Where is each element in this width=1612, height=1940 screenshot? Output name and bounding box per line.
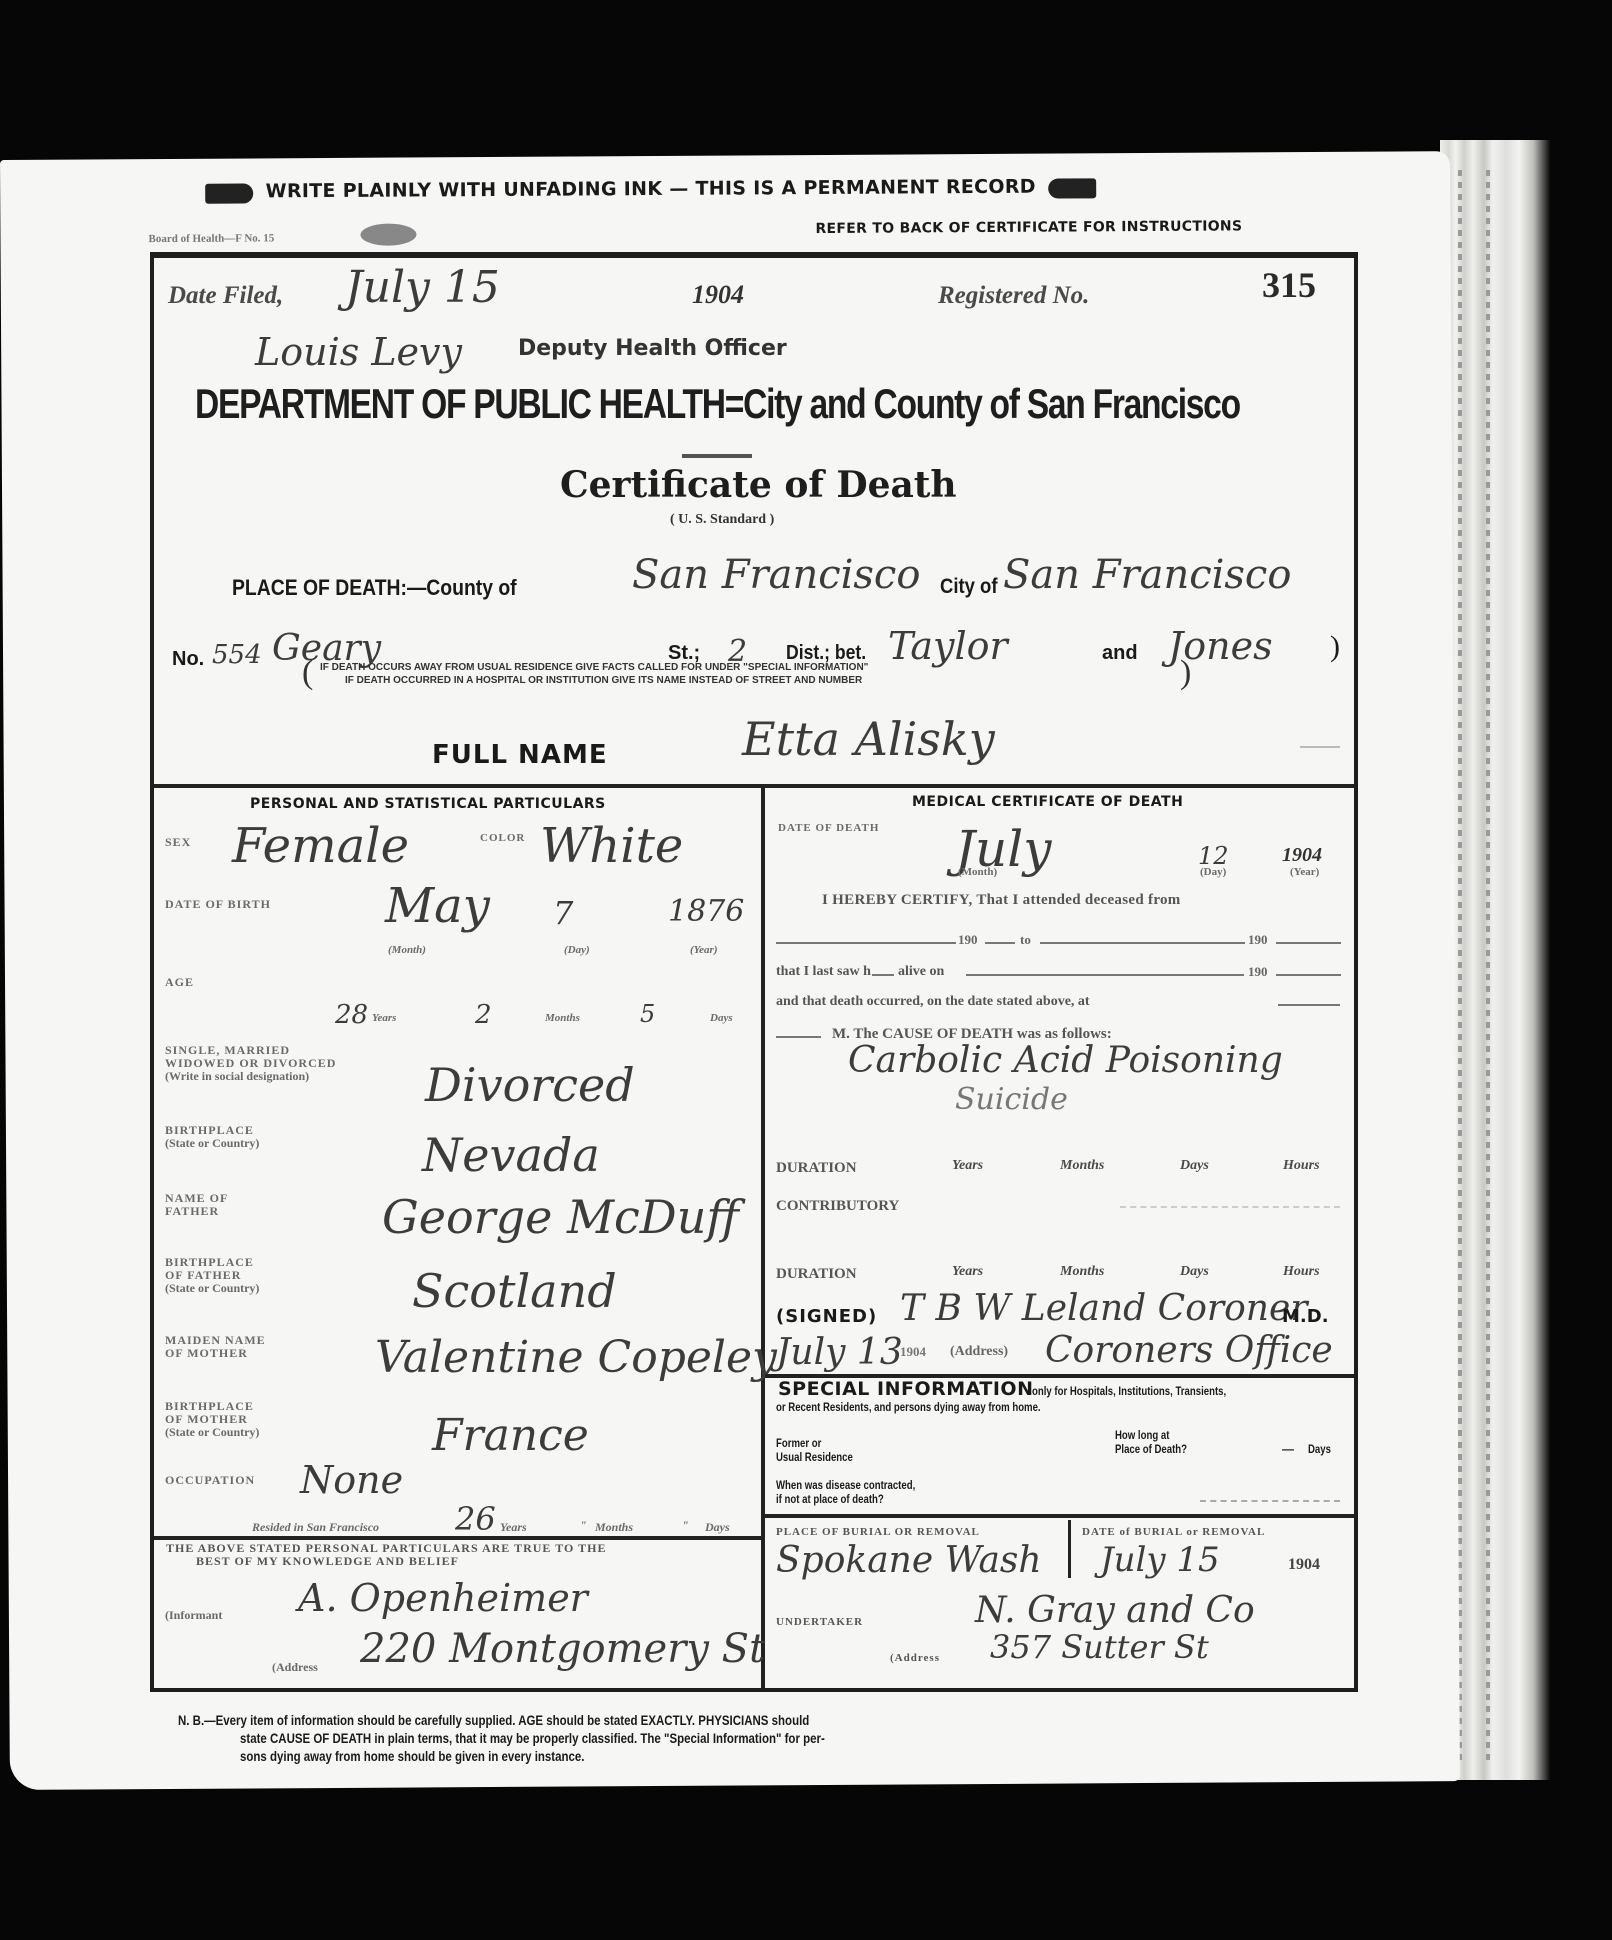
certify-text: I HEREBY CERTIFY, That I attended deceas… [822, 892, 1181, 909]
informant-address-label: (Address [272, 1660, 318, 1675]
to-label: to [1020, 932, 1031, 948]
alive-on-text: alive on [898, 964, 944, 980]
resided-months-caption: Months [595, 1520, 633, 1535]
physician-signature: T B W Leland Coroner [900, 1288, 1307, 1329]
note-hospital: IF DEATH OCCURRED IN A HOSPITAL OR INSTI… [345, 675, 862, 686]
occupation-value: None [300, 1458, 403, 1502]
title-divider [682, 454, 752, 458]
registered-label: Registered No. [938, 282, 1089, 310]
dob-month: May [385, 878, 490, 934]
age-years: 28 [335, 1000, 368, 1030]
banner: WRITE PLAINLY WITH UNFADING INK — THIS I… [205, 174, 1305, 203]
how-long-days-label: Days [1308, 1442, 1331, 1456]
former-residence-label-2: Usual Residence [776, 1450, 853, 1464]
printer-seal-icon [360, 223, 416, 245]
cause-of-death-secondary: Suicide [955, 1082, 1068, 1117]
close-paren: ) [1330, 630, 1340, 664]
instructions-note: REFER TO BACK OF CERTIFICATE FOR INSTRUC… [815, 218, 1242, 237]
duration-days: Days [1180, 1158, 1209, 1174]
dod-month-caption: (Month) [958, 866, 997, 878]
how-long-label-1: How long at [1115, 1428, 1169, 1442]
undertaker-address-value: 357 Sutter St [990, 1628, 1209, 1666]
birthplace-value: Nevada [422, 1128, 600, 1182]
burial-divider [1068, 1520, 1071, 1578]
age-days-caption: Days [710, 1012, 733, 1024]
how-long-value: — [1282, 1442, 1294, 1456]
date-filed-year: 1904 [692, 280, 744, 310]
section-rule [154, 784, 1354, 788]
sex-value: Female [232, 818, 409, 874]
officer-title: Deputy Health Officer [518, 336, 787, 361]
date-filed-value: July 15 [345, 262, 500, 313]
contrib-duration-months: Months [1060, 1264, 1104, 1280]
us-standard-label: ( U. S. Standard ) [670, 512, 774, 528]
informant-label: (Informant [165, 1608, 222, 1623]
note-close-paren: ) [1180, 654, 1191, 692]
mother-label-2: OF MOTHER [165, 1347, 248, 1360]
dob-day-caption: (Day) [564, 944, 590, 956]
contracted-label-1: When was disease contracted, [776, 1478, 915, 1492]
footnote-line-2: state CAUSE OF DEATH in plain terms, tha… [240, 1730, 825, 1746]
color-label: COLOR [480, 832, 525, 845]
age-days: 5 [640, 1000, 655, 1028]
attest-line-2: BEST OF MY KNOWLEDGE AND BELIEF [196, 1555, 459, 1568]
officer-signature: Louis Levy [255, 330, 462, 374]
former-residence-label-1: Former or [776, 1436, 821, 1450]
marital-value: Divorced [425, 1058, 635, 1112]
contrib-duration-hours: Hours [1283, 1264, 1320, 1280]
special-heading: SPECIAL INFORMATION [778, 1378, 1033, 1400]
burial-year: 1904 [1288, 1556, 1320, 1574]
resided-days-caption: Days [705, 1520, 730, 1535]
footnote-line-1: N. B.—Every item of information should b… [178, 1712, 809, 1728]
dod-year: 1904 [1282, 844, 1322, 867]
footnote-line-3: sons dying away from home should be give… [240, 1748, 584, 1764]
city-value: San Francisco [1003, 552, 1291, 598]
banner-text: WRITE PLAINLY WITH UNFADING INK — THIS I… [266, 176, 1036, 203]
signed-label: (SIGNED) [776, 1306, 877, 1327]
form-number: Board of Health—F No. 15 [148, 232, 274, 245]
sex-label: SEX [165, 836, 191, 849]
age-months-caption: Months [545, 1012, 580, 1024]
informant-address-value: 220 Montgomery St [360, 1626, 765, 1672]
to-year-prefix: 190 [1248, 932, 1268, 948]
informant-value: A. Openheimer [298, 1576, 588, 1620]
contributory-duration-label: DURATION [776, 1266, 857, 1283]
birthplace-label-2: (State or Country) [165, 1137, 259, 1150]
death-occurred-text: and that death occurred, on the date sta… [776, 994, 1090, 1010]
city-label: City of [940, 575, 997, 599]
column-divider [761, 788, 765, 1688]
contributory-label: CONTRIBUTORY [776, 1198, 899, 1215]
undertaker-label: UNDERTAKER [776, 1616, 863, 1629]
burial-place-value: Spokane Wash [776, 1540, 1042, 1581]
burial-date-label: DATE of BURIAL or REMOVAL [1082, 1526, 1265, 1539]
cause-of-death-primary: Carbolic Acid Poisoning [848, 1040, 1283, 1081]
resided-label: Resided in San Francisco [252, 1520, 379, 1535]
full-name-value: Etta Alisky [742, 712, 995, 766]
duration-months: Months [1060, 1158, 1104, 1174]
dod-year-caption: (Year) [1290, 866, 1319, 878]
street-no-label: No. [172, 648, 204, 671]
md-label: M.D. [1282, 1306, 1329, 1327]
color-value: White [540, 818, 683, 874]
mother-value: Valentine Copeley [375, 1332, 777, 1383]
dob-label: DATE OF BIRTH [165, 898, 271, 911]
duration-years: Years [952, 1158, 983, 1174]
last-saw-text: that I last saw h [776, 964, 871, 980]
resided-months-value: " [580, 1518, 587, 1533]
duration-hours: Hours [1283, 1158, 1320, 1174]
age-label: AGE [165, 976, 194, 989]
undertaker-value: N. Gray and Co [975, 1590, 1255, 1631]
between-street-1: Taylor [888, 624, 1008, 668]
special-note-2: or Recent Residents, and persons dying a… [776, 1400, 1041, 1414]
burial-date-value: July 15 [1100, 1540, 1220, 1580]
marital-label-3: (Write in social designation) [165, 1070, 309, 1083]
resided-years: 26 [455, 1500, 496, 1538]
registered-number: 315 [1262, 264, 1316, 306]
dob-month-caption: (Month) [388, 944, 426, 956]
contrib-duration-days: Days [1180, 1264, 1209, 1280]
street-number-value: 554 [212, 640, 262, 670]
mother-birthplace-value: France [432, 1410, 589, 1461]
personal-heading: PERSONAL AND STATISTICAL PARTICULARS [250, 796, 606, 812]
attest-rule [154, 1536, 762, 1540]
department-title: DEPARTMENT OF PUBLIC HEALTH=City and Cou… [195, 380, 1240, 428]
age-years-caption: Years [372, 1012, 396, 1024]
dod-day-caption: (Day) [1200, 866, 1226, 878]
father-label-2: FATHER [165, 1205, 219, 1218]
age-months: 2 [475, 1000, 492, 1030]
alive-year-prefix: 190 [1248, 964, 1268, 980]
dod-label: DATE OF DEATH [778, 822, 879, 835]
pointing-hand-icon [1048, 178, 1096, 198]
medical-heading: MEDICAL CERTIFICATE OF DEATH [912, 794, 1183, 810]
and-label: and [1102, 642, 1138, 665]
mother-bp-label-3: (State or Country) [165, 1426, 259, 1439]
note-away-from-residence: IF DEATH OCCURS AWAY FROM USUAL RESIDENC… [320, 662, 868, 673]
dob-year-caption: (Year) [690, 944, 718, 956]
physician-address: Coroners Office [1045, 1330, 1333, 1371]
county-value: San Francisco [632, 552, 920, 598]
certificate-title: Certificate of Death [560, 464, 957, 506]
duration-label: DURATION [776, 1160, 857, 1177]
burial-place-label: PLACE OF BURIAL OR REMOVAL [776, 1526, 980, 1539]
contrib-duration-years: Years [952, 1264, 983, 1280]
resided-years-caption: Years [500, 1520, 527, 1535]
contracted-label-2: if not at place of death? [776, 1492, 884, 1506]
from-year-prefix: 190 [958, 932, 978, 948]
dob-year: 1876 [668, 894, 744, 929]
burial-rule [765, 1514, 1355, 1518]
date-filed-label: Date Filed, [168, 282, 283, 310]
dob-day: 7 [553, 894, 573, 932]
how-long-label-2: Place of Death? [1115, 1442, 1187, 1456]
note-open-paren: ( [302, 654, 313, 692]
undertaker-address-label: (Address [890, 1652, 940, 1665]
signed-date: July 13 [776, 1332, 903, 1373]
full-name-label: FULL NAME [432, 740, 608, 770]
special-note: only for Hospitals, Institutions, Transi… [1032, 1384, 1226, 1398]
father-birthplace-value: Scotland [412, 1264, 617, 1318]
place-of-death-label: PLACE OF DEATH:—County of [232, 575, 517, 601]
occupation-label: OCCUPATION [165, 1474, 255, 1487]
physician-address-label: (Address) [950, 1344, 1008, 1360]
father-value: George McDuff [382, 1190, 739, 1244]
pointing-hand-icon [205, 183, 253, 203]
resided-days-value: " [682, 1518, 689, 1533]
signed-year: 1904 [900, 1344, 926, 1360]
father-bp-label-3: (State or Country) [165, 1282, 259, 1295]
